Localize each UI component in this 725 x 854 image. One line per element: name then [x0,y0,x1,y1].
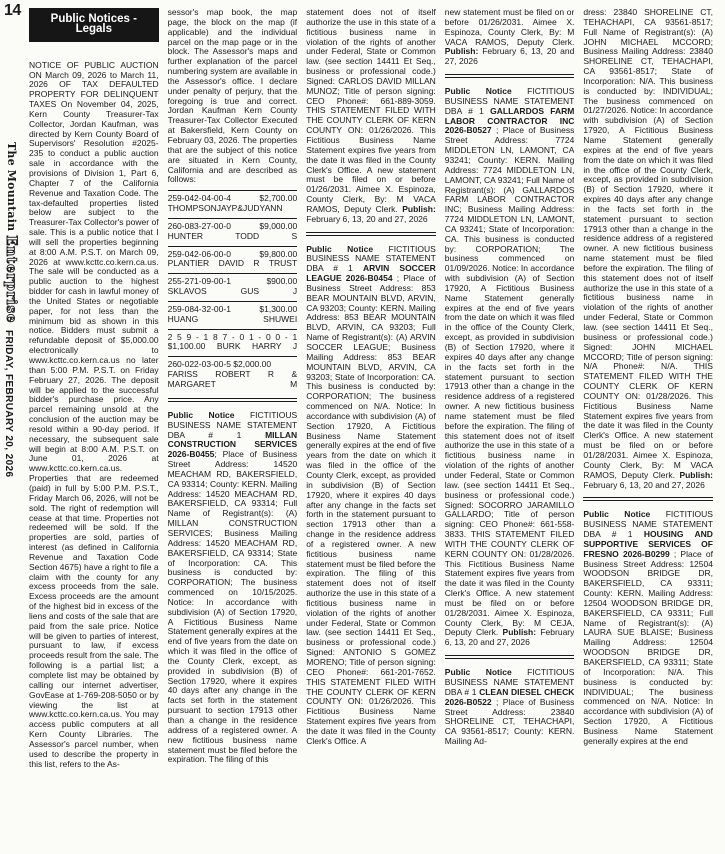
public-notice-label: Public Notice [168,410,250,420]
fbn-body-cont: dress: 23840 SHORELINE CT, TEHACHAPI, CA… [583,8,713,480]
public-notice-label: Public Notice [306,244,388,254]
publish-dates: February 6, 13, 20 and 27, 2026 [583,480,704,490]
section-title: Public Notices - Legals [51,13,137,35]
masthead-vertical: The Mountain Enterprise [3,142,19,323]
parcel-row: 2 5 9 - 1 8 7 - 0 1 - 0 0 - 1 $1,100.00 … [168,329,298,357]
publish-label: Publish: [679,470,713,480]
fbn-notice-diesel-cont: dress: 23840 SHORELINE CT, TEHACHAPI, CA… [583,8,713,490]
parcel-owner: THOMPSONJAYP&JUDYANN [168,204,298,214]
fbn-body: ; Place of Business Street Address: 7724… [445,125,575,637]
column-4: new statement must be filed on or before… [445,8,575,854]
parcel-table: 259-042-04-00-4 $2,700.00 THOMPSONJAYP&J… [168,190,298,394]
fbn-body-cont: statement does not of itself authorize t… [306,8,436,214]
parcel-owner: HUNTER TODD S [168,232,298,242]
notice-divider [445,655,575,659]
parcel-row: 259-042-04-00-4 $2,700.00 THOMPSONJAYP&J… [168,190,298,218]
fbn-notice-arvin-cont: new statement must be filed on or before… [445,8,575,67]
masthead-name-decor: Enterprise [3,235,19,323]
auction-notice-part1: NOTICE OF PUBLIC AUCTION ON March 09, 20… [29,61,159,770]
fbn-notice-diesel: Public Notice FICTITIOUS BUSINESS NAME S… [445,668,575,747]
column-5: dress: 23840 SHORELINE CT, TEHACHAPI, CA… [583,8,713,854]
parcel-owner: FARISS ROBERT R & MARGARET M [168,370,298,390]
fbn-notice-millan: Public Notice FICTITIOUS BUSINESS NAME S… [168,411,298,765]
publish-label: Publish: [503,627,537,637]
parcel-owner: HUANG SHUWEI [168,315,298,325]
fbn-notice-gallardos: Public Notice FICTITIOUS BUSINESS NAME S… [445,87,575,648]
fbn-body-cont: new statement must be filed on or before… [445,8,575,47]
notice-divider [445,74,575,78]
dateline-vertical: FRIDAY, FEBRUARY 20, 2026 [3,330,14,477]
fbn-notice-millan-cont: statement does not of itself authorize t… [306,8,436,225]
column-1: Public Notices - Legals NOTICE OF PUBLIC… [29,8,159,854]
section-header: Public Notices - Legals [29,8,159,42]
page-number: 14 [4,2,21,20]
notice-divider [168,398,298,402]
publish-label: Publish: [402,204,436,214]
fbn-notice-housing: Public Notice FICTITIOUS BUSINESS NAME S… [583,510,713,746]
fbn-body: ; Place of Business Street Address: 1452… [168,449,298,764]
parcel-row: 260-083-27-00-0 $9,000.00 HUNTER TODD S [168,218,298,246]
column-3: statement does not of itself authorize t… [306,8,436,854]
parcel-row: 259-084-32-00-1 $1,300.00 HUANG SHUWEI [168,301,298,329]
publish-label: Publish: [445,46,479,56]
parcel-row: 255-271-09-00-1 $900.00 SKLAVOS GUS J [168,273,298,301]
page-fold-sidebar: 14 The Mountain Enterprise FRIDAY, FEBRU… [0,0,27,854]
fbn-notice-arvin: Public Notice FICTITIOUS BUSINESS NAME S… [306,245,436,747]
legals-columns: Public Notices - Legals NOTICE OF PUBLIC… [27,0,719,854]
public-notice-label: Public Notice [583,509,665,519]
public-notice-label: Public Notice [445,667,527,677]
notice-divider [306,232,436,236]
parcel-owner: SKLAVOS GUS J [168,287,298,297]
auction-notice-part2: sessor's map book, the map page, the blo… [168,8,298,185]
column-2: sessor's map book, the map page, the blo… [168,8,298,854]
public-notice-label: Public Notice [445,86,527,96]
fbn-body: ; Place of Business Street Address: 1250… [583,549,713,746]
parcel-row: 259-042-06-00-0 $9,800.00 PLANTIER DAVID… [168,246,298,274]
masthead-name-prefix: The Mountain [5,142,18,231]
parcel-row: 260-022-03-00-5 $2,000.00 FARISS ROBERT … [168,356,298,394]
parcel-owner: PLANTIER DAVID R TRUST [168,259,298,269]
fbn-body: ; Place of Business Street Address: 853 … [306,273,436,746]
publish-dates: February 6, 13, 20 and 27, 2026 [306,214,427,224]
parcel-owner: $1,100.00 BURK HARRY J [168,342,298,352]
notice-divider [583,497,713,501]
